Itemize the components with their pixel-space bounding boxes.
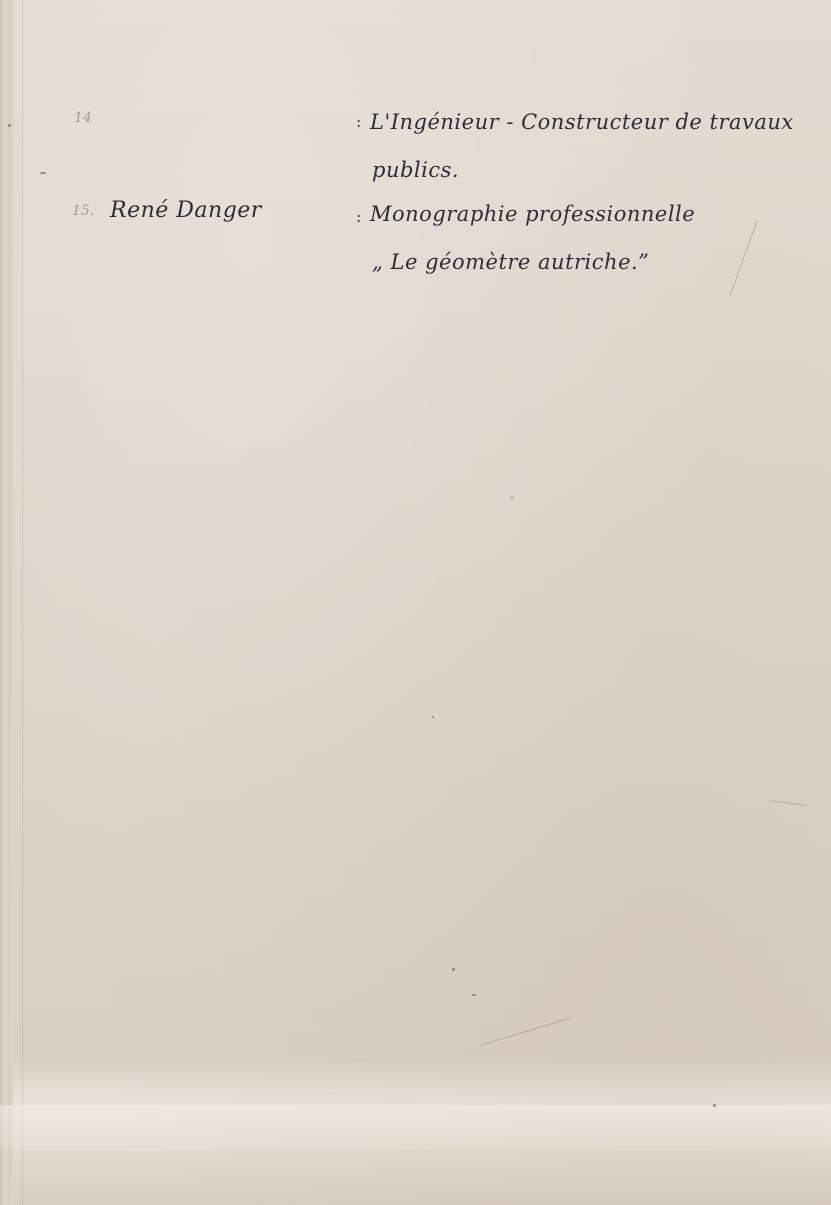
paper-speck [472,994,476,996]
paper-scratch [730,220,758,296]
document-page: 14 : L'Ingénieur - Constructeur de trava… [0,0,831,1205]
page-fold-edge [0,0,14,1205]
paper-speck [8,124,11,127]
entry-separator: : [356,207,361,226]
paper-fold-band [0,1105,831,1150]
paper-scratch [480,1017,571,1046]
entry-description-line-1: L'Ingénieur - Constructeur de travaux [370,110,794,134]
entry-description-line-2: „ Le géomètre autriche.” [372,250,649,274]
entry-author-name: René Danger [110,198,262,223]
entry-separator: : [356,112,361,131]
page-margin-crease [22,0,23,1205]
paper-speck [40,172,46,174]
entry-description-line-1: Monographie professionnelle [370,202,695,226]
paper-speck [432,716,434,718]
paper-speck [511,497,513,499]
entry-number: 15. [72,203,94,219]
paper-speck [452,968,455,971]
paper-scratch [770,800,806,806]
paper-speck [713,1104,716,1107]
entry-description-line-2: publics. [372,158,459,182]
entry-number: 14 [74,110,92,126]
